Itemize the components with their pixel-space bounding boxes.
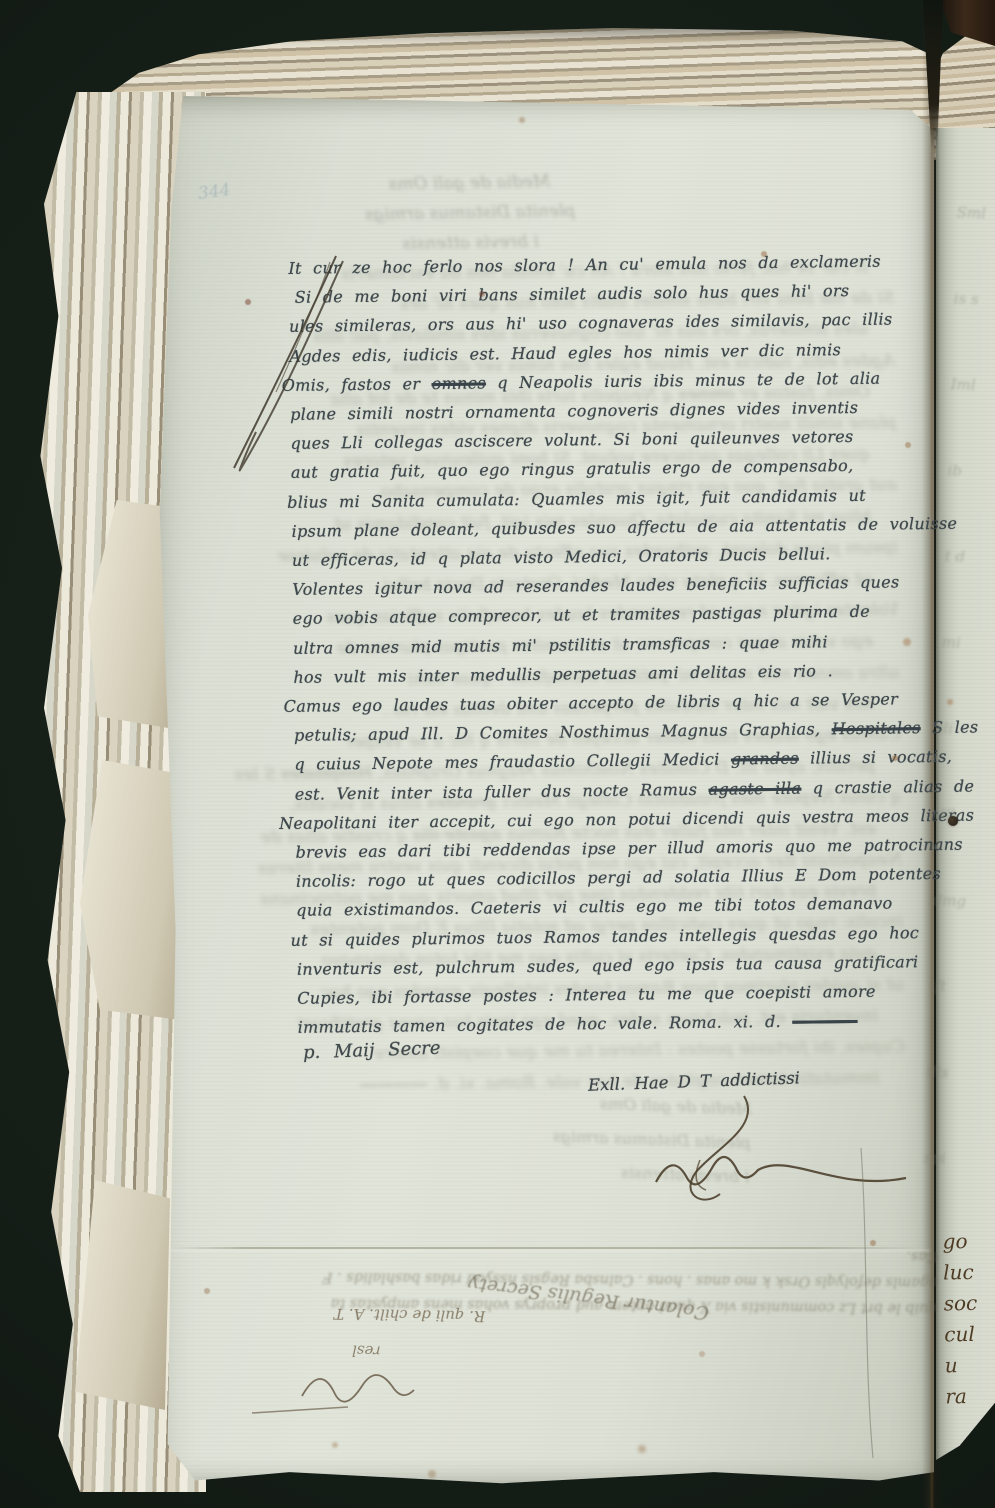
showthrough-line: spi: [922, 1115, 977, 1203]
showthrough-line: ills: [925, 1029, 980, 1117]
letter-body: It cur ze hoc ferlo nos slora ! An cu' e…: [288, 246, 923, 1042]
showthrough-line: ift: [928, 943, 983, 1031]
right-page-text-fragments: golucsocculura: [942, 1226, 995, 1413]
text-fragment: cul: [944, 1319, 995, 1351]
showthrough-bottom: quib le brt Lz communistis via X quod op…: [180, 1235, 939, 1322]
marginal-note: R. quli de chilt. A. T: [334, 1305, 486, 1326]
text-fragment: soc: [943, 1288, 994, 1320]
showthrough-line: dll: [934, 771, 989, 859]
text-fragment: ra: [945, 1381, 995, 1413]
marginal-note-small: resl: [352, 1342, 381, 1361]
foxing-spots: [0, 0, 4, 4]
showthrough-line: Sml: [955, 169, 995, 257]
showthrough-line: ili: [937, 685, 992, 773]
showthrough-line: dmg: [931, 857, 986, 945]
text-fragment: u: [945, 1350, 995, 1382]
text-fragment: go: [942, 1226, 993, 1258]
showthrough-line: mi: [940, 599, 995, 687]
showthrough-line: Iml: [949, 341, 995, 429]
manuscript-photo: 344 Media de gali Omsplenita Distamus ar…: [0, 0, 995, 1508]
showthrough-line: is s: [952, 255, 995, 343]
ink-blot: [948, 816, 958, 826]
showthrough-heading: Media de gali Omsplenita Distamus armigs…: [299, 165, 641, 261]
showthrough-line: ib: [946, 427, 995, 515]
showthrough-near-signature: Media de gali Omsplenita Distamus armigs…: [328, 1078, 753, 1243]
text-fragment: luc: [943, 1257, 994, 1289]
showthrough-line: t d: [943, 513, 995, 601]
